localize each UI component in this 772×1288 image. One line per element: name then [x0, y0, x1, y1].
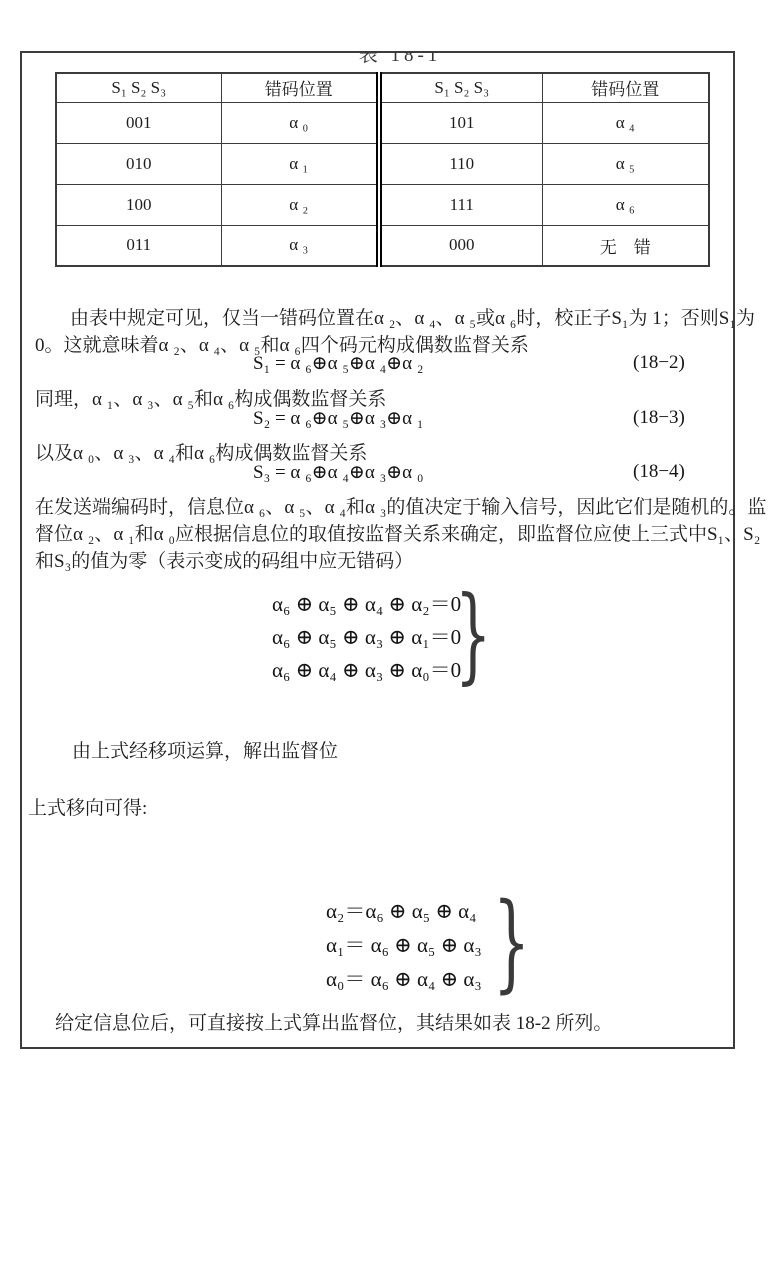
table-cell: α ₄: [542, 102, 709, 143]
table-caption-clipped: 表 18-1: [330, 52, 470, 63]
table-cell: 001: [56, 102, 221, 143]
table-cell: 111: [379, 184, 542, 225]
table-cell: α ₃: [221, 225, 379, 266]
equation-number-18-4: (18−4): [633, 461, 685, 483]
system2-equation-line: α₂＝α₆ ⊕ α₅ ⊕ α₄: [326, 894, 482, 928]
equation-system-2: α₂＝α₆ ⊕ α₅ ⊕ α₄ α₁＝ α₆ ⊕ α₅ ⊕ α₃ α₀＝ α₆ …: [326, 894, 482, 996]
equation-18-2: S₁ = α ₆⊕α ₅⊕α ₄⊕α ₂: [253, 352, 423, 375]
paragraph-5: 由上式经移项运算，解出监督位: [72, 736, 338, 763]
table-cell: 010: [56, 143, 221, 184]
right-brace-system-2: }: [493, 882, 530, 1002]
table-row: 011 α ₃ 000 无 错: [56, 225, 709, 266]
table-row: 010 α ₁ 110 α ₅: [56, 143, 709, 184]
system2-equation-line: α₀＝ α₆ ⊕ α₄ ⊕ α₃: [326, 962, 482, 996]
equation-system-1: α₆ ⊕ α₅ ⊕ α₄ ⊕ α₂＝0 α₆ ⊕ α₅ ⊕ α₃ ⊕ α₁＝0 …: [272, 588, 461, 687]
equation-18-3: S₂ = α ₆⊕α ₅⊕α ₃⊕α ₁: [253, 407, 423, 430]
right-brace-system-1: }: [455, 575, 491, 693]
paragraph-7: 给定信息位后，可直接按上式算出监督位，其结果如表 18-2 所列。: [55, 1008, 612, 1035]
equation-number-18-3: (18−3): [633, 407, 685, 429]
table-cell: α ₅: [542, 143, 709, 184]
system1-equation-line: α₆ ⊕ α₅ ⊕ α₄ ⊕ α₂＝0: [272, 588, 461, 621]
equation-number-18-2: (18−2): [633, 352, 685, 374]
header-cell: S₁ S₂ S₃: [379, 73, 542, 102]
syndrome-table: S₁ S₂ S₃ 错码位置 S₁ S₂ S₃ 错码位置 001 α ₀ 101 …: [55, 72, 710, 267]
table-row: 100 α ₂ 111 α ₆: [56, 184, 709, 225]
table-cell: α ₁: [221, 143, 379, 184]
document-page: 表 18-1 S₁ S₂ S₃ 错码位置 S₁ S₂ S₃ 错码位置 001 α…: [0, 0, 772, 1288]
paragraph-4-line-2: 督位α ₂、α ₁和α ₀应根据信息位的取值按监督关系来确定，即监督位应使上三式…: [35, 519, 760, 546]
header-cell: S₁ S₂ S₃: [56, 73, 221, 102]
header-cell: 错码位置: [542, 73, 709, 102]
table-cell: 000: [379, 225, 542, 266]
table-cell: 无 错: [542, 225, 709, 266]
equation-18-4: S₃ = α ₆⊕α ₄⊕α ₃⊕α ₀: [253, 461, 423, 484]
table-row: 001 α ₀ 101 α ₄: [56, 102, 709, 143]
paragraph-4-line-3: 和S₃的值为零（表示变成的码组中应无错码）: [35, 546, 413, 573]
system1-equation-line: α₆ ⊕ α₅ ⊕ α₃ ⊕ α₁＝0: [272, 621, 461, 654]
paragraph-4-line-1: 在发送端编码时，信息位α ₆、α ₅、α ₄和α ₃的值决定于输入信号，因此它们…: [35, 492, 766, 519]
table-cell: 110: [379, 143, 542, 184]
table-cell: α ₂: [221, 184, 379, 225]
table-header-row: S₁ S₂ S₃ 错码位置 S₁ S₂ S₃ 错码位置: [56, 73, 709, 102]
table-cell: 100: [56, 184, 221, 225]
table-cell: 101: [379, 102, 542, 143]
system2-equation-line: α₁＝ α₆ ⊕ α₅ ⊕ α₃: [326, 928, 482, 962]
table-caption-text: 表 18-1: [330, 52, 470, 63]
paragraph-6: 上式移向可得:: [28, 793, 147, 820]
header-cell: 错码位置: [221, 73, 379, 102]
table-cell: 011: [56, 225, 221, 266]
table-cell: α ₆: [542, 184, 709, 225]
paragraph-1-line-1: 由表中规定可见，仅当一错码位置在α ₂、α ₄、α ₅或α ₆时，校正子S₁为 …: [70, 303, 755, 330]
system1-equation-line: α₆ ⊕ α₄ ⊕ α₃ ⊕ α₀＝0: [272, 654, 461, 687]
table-cell: α ₀: [221, 102, 379, 143]
